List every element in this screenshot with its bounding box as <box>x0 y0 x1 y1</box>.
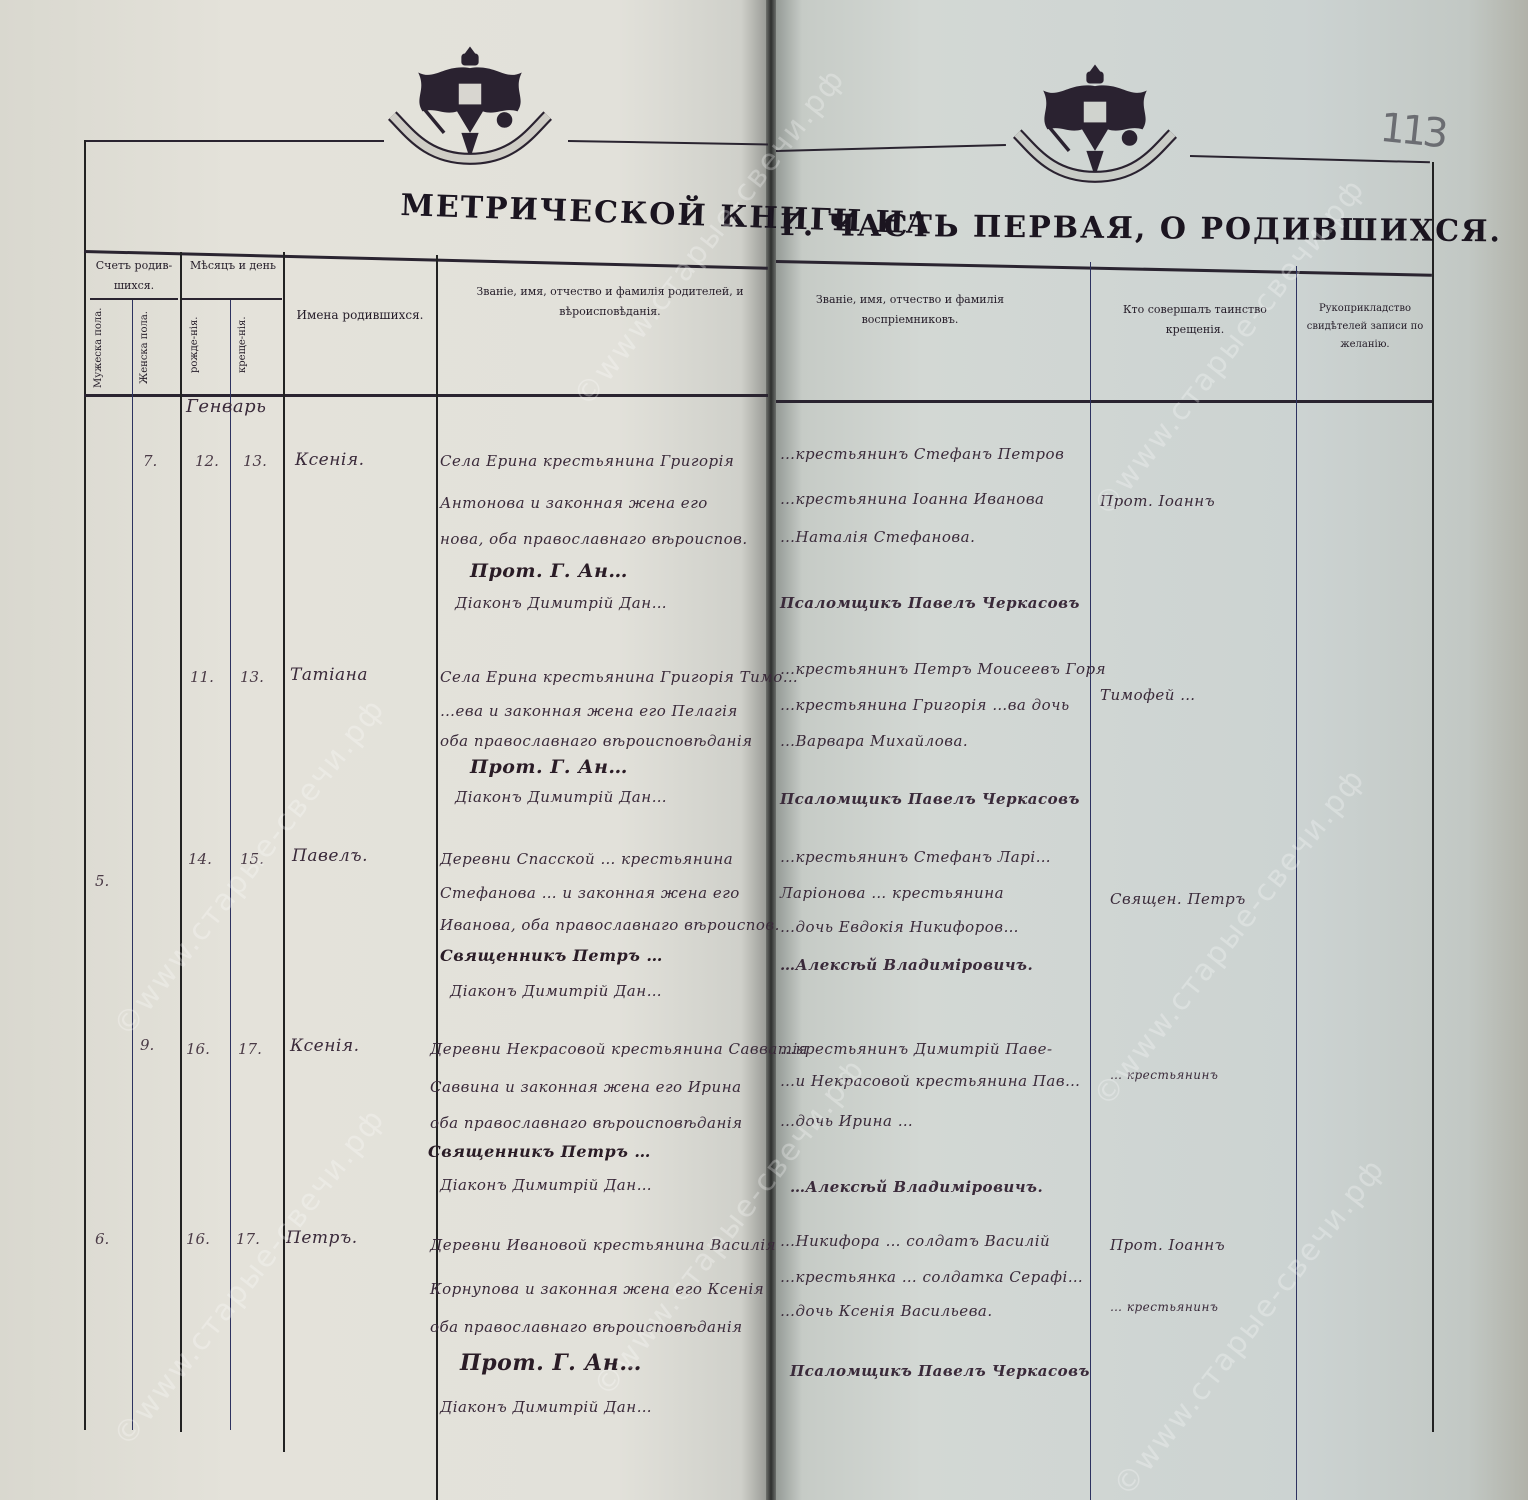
entry-signature: Діаконъ Димитрій Дан… <box>455 788 667 806</box>
entry-signature: Священникъ Петръ … <box>428 1142 651 1161</box>
entry-baptism-day: 17. <box>238 1040 262 1058</box>
header-date-birth: рожде-нія. <box>188 305 226 385</box>
frame-left <box>84 140 86 1430</box>
entry-parents-line: нова, оба православнаго вѣроиспов. <box>440 530 748 548</box>
col-line-7 <box>1296 266 1297 1500</box>
entry-baptism-day: 15. <box>240 850 264 868</box>
entry-parents-line: оба православнаго вѣроисповѣданія <box>430 1114 743 1132</box>
entry-birth-day: 14. <box>188 850 212 868</box>
entry-officiant: Прот. Іоаннъ <box>1110 1236 1225 1254</box>
entry-godparents-line: …дочь Ирина … <box>780 1112 913 1130</box>
entry-child-name: Ксенія. <box>290 1036 360 1056</box>
entry-godparents-signature: Псаломщикъ Павелъ Черкасовъ <box>790 1362 1090 1380</box>
header-signatures: Рукоприкладство свидѣтелей записи по жел… <box>1298 300 1432 354</box>
entry-baptism-day: 13. <box>243 452 267 470</box>
register-title-right: Г. ЧАСТЬ ПЕРВАЯ, О РОДИВШИХСЯ. <box>780 208 1502 249</box>
entry-godparents-line: …Наталія Стефанова. <box>780 528 975 546</box>
entry-godparents-line: …Никифора … солдатъ Василій <box>780 1232 1050 1250</box>
entry-male-count: 5. <box>95 872 109 890</box>
entry-godparents-line: …Алексѣй Владиміровичъ. <box>780 956 1033 974</box>
entry-godparents-line: …крестьянина Григорія …ва дочь <box>780 696 1070 714</box>
col-line-1 <box>132 300 133 1430</box>
entry-godparents-line: …крестьянинъ Стефанъ Петров <box>780 445 1064 463</box>
header-date-group: Мѣсяцъ и день <box>184 256 282 276</box>
entry-parents-line: оба православнаго вѣроисповѣданія <box>440 732 753 750</box>
entry-parents-line: Деревни Некрасовой крестьянина Савватія <box>430 1040 808 1058</box>
entry-parents-line: Села Ерина крестьянина Григорія <box>440 452 734 470</box>
entry-officiant: … крестьянинъ <box>1110 1068 1218 1082</box>
entry-parents-line: Саввина и законная жена его Ирина <box>430 1078 742 1096</box>
col-line-2 <box>180 252 182 1432</box>
entry-godparents-line: …крестьянинъ Стефанъ Ларі… <box>780 848 1051 866</box>
entry-godparents-line: …дочь Ксенія Васильева. <box>780 1302 993 1320</box>
entry-godparents-line: …дочь Евдокія Никифоров… <box>780 918 1019 936</box>
col-line-4 <box>283 252 285 1452</box>
header-date-baptism: креще-нія. <box>236 305 276 385</box>
frame-top-left <box>84 140 384 142</box>
entry-signature: Прот. Г. Ан… <box>460 1350 642 1376</box>
entry-officiant: Тимофей … <box>1100 686 1196 704</box>
date-subrule <box>182 298 282 300</box>
month-label: Генварь <box>186 396 266 417</box>
entry-godparents-line: …крестьянинъ Димитрій Паве- <box>780 1040 1053 1058</box>
entry-parents-line: Стефанова … и законная жена его <box>440 884 740 902</box>
entry-birth-day: 11. <box>190 668 214 686</box>
header-count-female: Женска пола. <box>138 305 174 390</box>
entry-baptism-day: 17. <box>236 1230 260 1248</box>
entry-signature: Прот. Г. Ан… <box>470 756 628 778</box>
entry-godparents-signature: …Алексѣй Владиміровичъ. <box>790 1178 1043 1196</box>
header-officiant: Кто совершалъ таинство крещенія. <box>1100 300 1290 340</box>
entry-godparents-line: …крестьянка … солдатка Серафі… <box>780 1268 1083 1286</box>
entry-godparents-signature: Псаломщикъ Павелъ Черкасовъ <box>780 594 1080 612</box>
header-parents: Званіе, имя, отчество и фамилія родителе… <box>460 282 760 322</box>
double-headed-eagle-emblem-left <box>375 22 565 192</box>
entry-baptism-day: 13. <box>240 668 264 686</box>
entry-parents-line: Корнупова и законная жена его Ксенія <box>430 1280 764 1298</box>
entry-female-count: 7. <box>143 452 157 470</box>
entry-godparents-line: …крестьянинъ Петръ Моисеевъ Горя <box>780 660 1106 678</box>
header-godparents: Званіе, имя, отчество и фамилія воспріем… <box>790 290 1030 330</box>
col-line-3 <box>230 300 231 1430</box>
entry-officiant: … крестьянинъ <box>1110 1300 1218 1314</box>
header-bottom-rule-right <box>776 400 1432 403</box>
entry-officiant: Прот. Іоаннъ <box>1100 492 1215 510</box>
entry-signature: Прот. Г. Ан… <box>470 560 628 582</box>
entry-godparents-line: …Варвара Михайлова. <box>780 732 968 750</box>
entry-parents-line: Деревни Ивановой крестьянина Василія <box>430 1236 776 1254</box>
entry-parents-line: Деревни Спасской … крестьянина <box>440 850 733 868</box>
entry-godparents-line: …крестьянина Іоанна Иванова <box>780 490 1045 508</box>
entry-female-count: 9. <box>140 1036 154 1054</box>
col-line-6 <box>1090 262 1091 1500</box>
frame-right <box>1432 162 1434 1432</box>
col-line-5 <box>436 255 438 1500</box>
entry-signature: Діаконъ Димитрій Дан… <box>440 1398 652 1416</box>
page-number: 113 <box>1378 105 1447 157</box>
header-count-male: Мужеска пола. <box>92 305 128 390</box>
entry-parents-line: Села Ерина крестьянина Григорія Тимо… <box>440 668 798 686</box>
header-count-group: Счетъ родив-шихся. <box>88 256 180 296</box>
entry-child-name: Ксенія. <box>295 450 365 470</box>
entry-parents-line: Иванова, оба православнаго вѣроиспов. <box>440 916 780 934</box>
entry-signature: Діаконъ Димитрій Дан… <box>450 982 662 1000</box>
count-subrule <box>90 298 178 300</box>
header-names: Имена родившихся. <box>286 305 434 327</box>
entry-parents-line: оба православнаго вѣроисповѣданія <box>430 1318 743 1336</box>
entry-child-name: Татіана <box>290 665 368 685</box>
entry-signature: Діаконъ Димитрій Дан… <box>455 594 667 612</box>
entry-birth-day: 16. <box>186 1040 210 1058</box>
entry-birth-day: 16. <box>186 1230 210 1248</box>
entry-child-name: Петръ. <box>286 1228 358 1248</box>
entry-officiant: Священ. Петръ <box>1110 890 1246 908</box>
entry-godparents-line: …и Некрасовой крестьянина Пав… <box>780 1072 1081 1090</box>
entry-godparents-line: Ларіонова … крестьянина <box>780 884 1004 902</box>
double-headed-eagle-emblem-right <box>1000 40 1190 210</box>
entry-signature: Діаконъ Димитрій Дан… <box>440 1176 652 1194</box>
entry-signature: Священникъ Петръ … <box>440 946 663 965</box>
entry-birth-day: 12. <box>195 452 219 470</box>
entry-parents-line: Антонова и законная жена его <box>440 494 708 512</box>
entry-godparents-signature: Псаломщикъ Павелъ Черкасовъ <box>780 790 1080 808</box>
entry-parents-line: …ева и законная жена его Пелагія <box>440 702 738 720</box>
entry-male-count: 6. <box>95 1230 109 1248</box>
entry-child-name: Павелъ. <box>292 846 368 866</box>
